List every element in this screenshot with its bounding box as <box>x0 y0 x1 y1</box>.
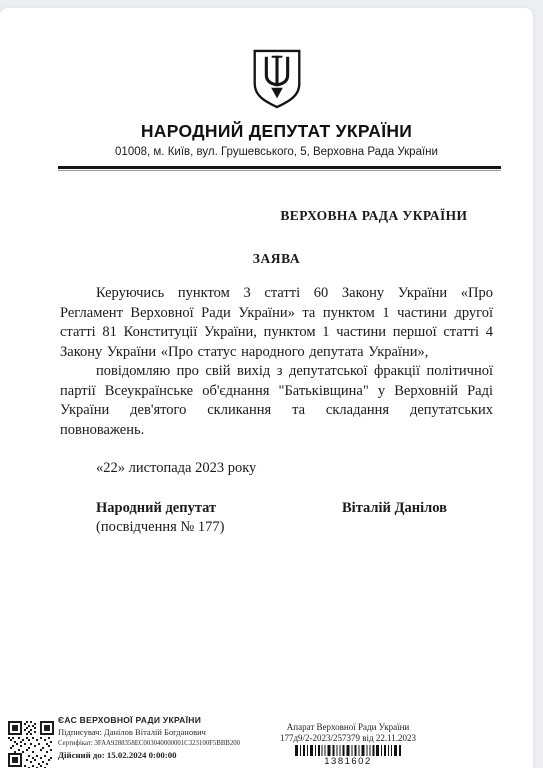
letterhead-address: 01008, м. Київ, вул. Грушевського, 5, Ве… <box>60 146 493 158</box>
esign-stamp: ЄАС ВЕРХОВНОЇ РАДИ УКРАЇНИ Підписувач: Д… <box>58 715 240 761</box>
letterhead-divider <box>58 166 501 171</box>
signature-name: Віталій Данілов <box>342 499 493 517</box>
date-line: «22» листопада 2023 року <box>60 460 493 477</box>
letterhead: НАРОДНИЙ ДЕПУТАТ УКРАЇНИ 01008, м. Київ,… <box>60 8 493 171</box>
signature-position: Народний депутат <box>96 499 224 518</box>
qr-code-icon <box>8 720 54 768</box>
signature-block: Народний депутат (посвідчення № 177) Віт… <box>60 499 493 537</box>
paragraph: Керуючись пунктом 3 статті 60 Закону Укр… <box>60 284 493 362</box>
barcode-icon <box>295 745 401 756</box>
stamps-footer: ЄАС ВЕРХОВНОЇ РАДИ УКРАЇНИ Підписувач: Д… <box>0 704 533 768</box>
trident-emblem-icon <box>248 48 306 110</box>
signature-left: Народний депутат (посвідчення № 177) <box>60 499 224 537</box>
registration-number: 177д9/2-2023/257379 від 22.11.2023 <box>278 733 418 744</box>
document-content: НАРОДНИЙ ДЕПУТАТ УКРАЇНИ 01008, м. Київ,… <box>60 8 493 537</box>
document-page[interactable]: НАРОДНИЙ ДЕПУТАТ УКРАЇНИ 01008, м. Київ,… <box>0 8 533 768</box>
esign-system: ЄАС ВЕРХОВНОЇ РАДИ УКРАЇНИ <box>58 715 240 727</box>
addressee: ВЕРХОВНА РАДА УКРАЇНИ <box>255 208 493 224</box>
barcode-number: 1381602 <box>278 756 418 767</box>
signature-credential: (посвідчення № 177) <box>96 518 224 537</box>
registration-office: Апарат Верховної Ради України <box>278 722 418 733</box>
document-type-heading: ЗАЯВА <box>60 251 493 267</box>
esign-valid-until: Дійсний до: 15.02.2024 0:00:00 <box>58 750 240 762</box>
registration-stamp: Апарат Верховної Ради України 177д9/2-20… <box>278 722 418 767</box>
letterhead-title: НАРОДНИЙ ДЕПУТАТ УКРАЇНИ <box>60 121 493 142</box>
paragraph: повідомляю про свій вихід з депутатської… <box>60 362 493 440</box>
document-viewer: { "viewer": { "page_indicator": "1 із 1"… <box>0 0 543 768</box>
esign-signer: Підписувач: Данілов Віталій Богданович <box>58 727 240 739</box>
document-body: Керуючись пунктом 3 статті 60 Закону Укр… <box>60 284 493 440</box>
esign-certificate: Сертифікат: 3FAA9288358EC003040000001C32… <box>58 738 240 750</box>
